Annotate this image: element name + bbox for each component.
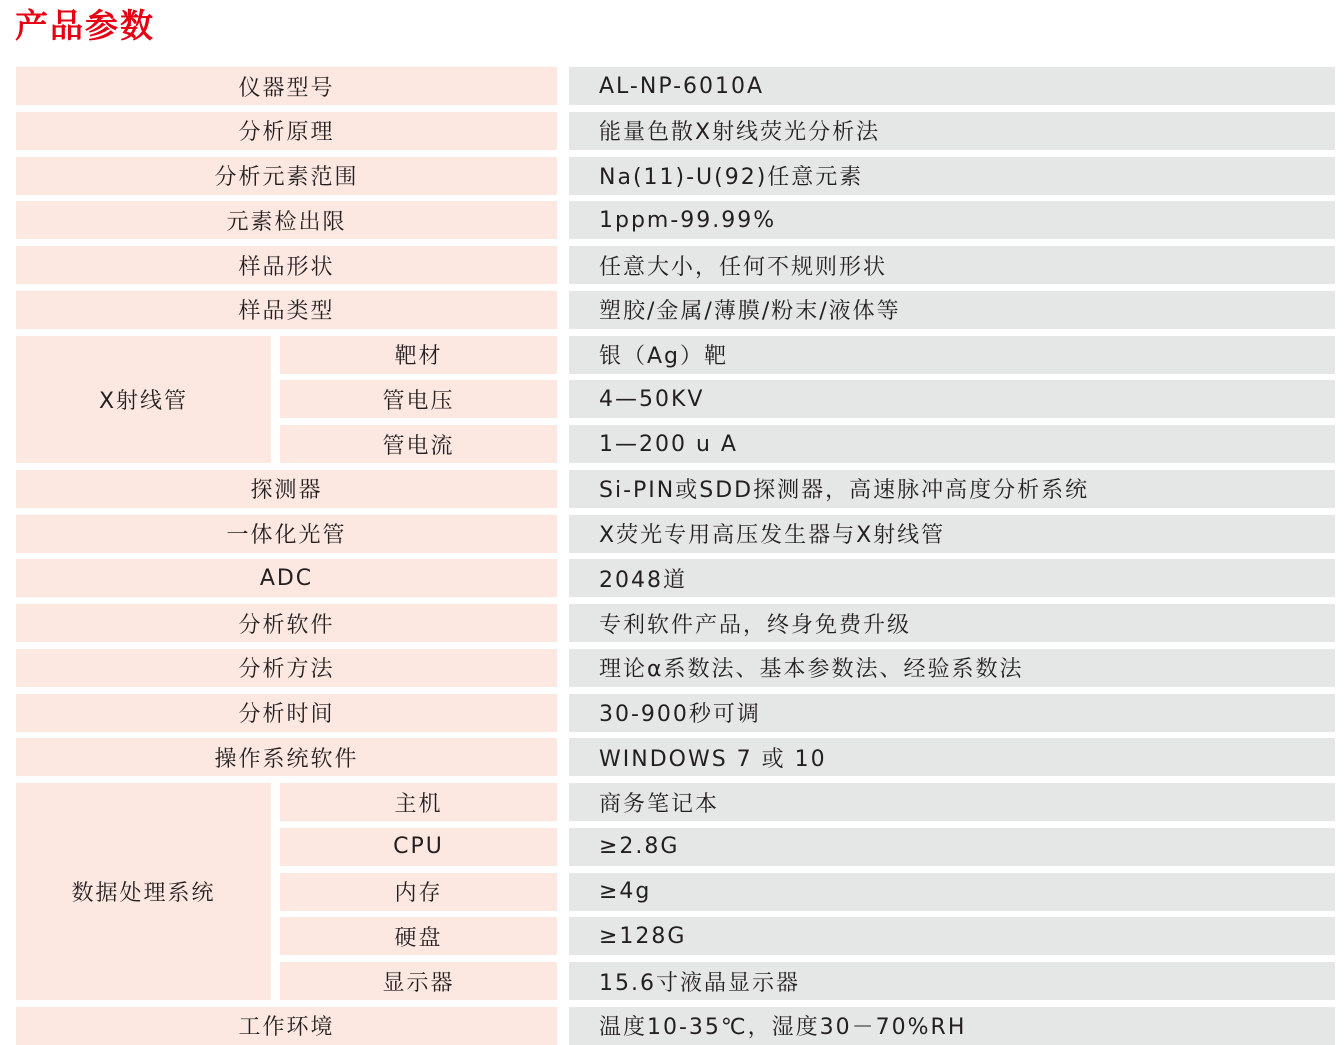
spec-label: 工作环境 (16, 1007, 557, 1045)
spec-label: 分析时间 (16, 694, 557, 732)
spec-label: 分析方法 (16, 649, 557, 687)
spec-sublabel: 管电流 (280, 425, 557, 463)
spec-value: 专利软件产品，终身免费升级 (569, 604, 1335, 642)
spec-value: Si-PIN或SDD探测器，高速脉冲高度分析系统 (569, 470, 1335, 508)
spec-value: 塑胶/金属/薄膜/粉末/液体等 (569, 291, 1335, 329)
spec-value: 1ppm-99.99% (569, 201, 1335, 239)
spec-value: 1—200 u A (569, 425, 1335, 463)
spec-value: 商务笔记本 (569, 783, 1335, 821)
spec-label: 分析元素范围 (16, 157, 557, 195)
spec-label: 探测器 (16, 470, 557, 508)
spec-value: ≥4g (569, 873, 1335, 911)
spec-value: 理论α系数法、基本参数法、经验系数法 (569, 649, 1335, 687)
spec-value: 能量色散X射线荧光分析法 (569, 112, 1335, 150)
spec-label: 仪器型号 (16, 67, 557, 105)
group-label-xray-tube: X射线管 (16, 336, 271, 464)
spec-sublabel: 靶材 (280, 336, 557, 374)
spec-value: AL-NP-6010A (569, 67, 1335, 105)
spec-value: WINDOWS 7 或 10 (569, 738, 1335, 776)
spec-value: 任意大小，任何不规则形状 (569, 246, 1335, 284)
spec-label: 元素检出限 (16, 201, 557, 239)
spec-label: 样品形状 (16, 246, 557, 284)
group-label-data-system: 数据处理系统 (16, 783, 271, 1000)
spec-sublabel: CPU (280, 828, 557, 866)
spec-value: 银（Ag）靶 (569, 336, 1335, 374)
spec-value: 15.6寸液晶显示器 (569, 962, 1335, 1000)
spec-value: 4—50KV (569, 380, 1335, 418)
spec-value: ≥2.8G (569, 828, 1335, 866)
spec-table: 仪器型号 AL-NP-6010A 分析原理 能量色散X射线荧光分析法 分析元素范… (16, 67, 1335, 1045)
page-title: 产品参数 (15, 6, 155, 46)
spec-value: X荧光专用高压发生器与X射线管 (569, 515, 1335, 553)
spec-value: 2048道 (569, 559, 1335, 597)
spec-label: 一体化光管 (16, 515, 557, 553)
spec-label: 分析原理 (16, 112, 557, 150)
spec-value: Na(11)-U(92)任意元素 (569, 157, 1335, 195)
spec-value: 温度10-35℃，湿度30－70%RH (569, 1007, 1335, 1045)
spec-label: 操作系统软件 (16, 738, 557, 776)
spec-sublabel: 内存 (280, 873, 557, 911)
spec-value: ≥128G (569, 917, 1335, 955)
spec-value: 30-900秒可调 (569, 694, 1335, 732)
spec-label: 样品类型 (16, 291, 557, 329)
spec-sublabel: 主机 (280, 783, 557, 821)
spec-sublabel: 硬盘 (280, 917, 557, 955)
spec-sublabel: 显示器 (280, 962, 557, 1000)
spec-label: ADC (16, 559, 557, 597)
spec-label: 分析软件 (16, 604, 557, 642)
spec-sublabel: 管电压 (280, 380, 557, 418)
